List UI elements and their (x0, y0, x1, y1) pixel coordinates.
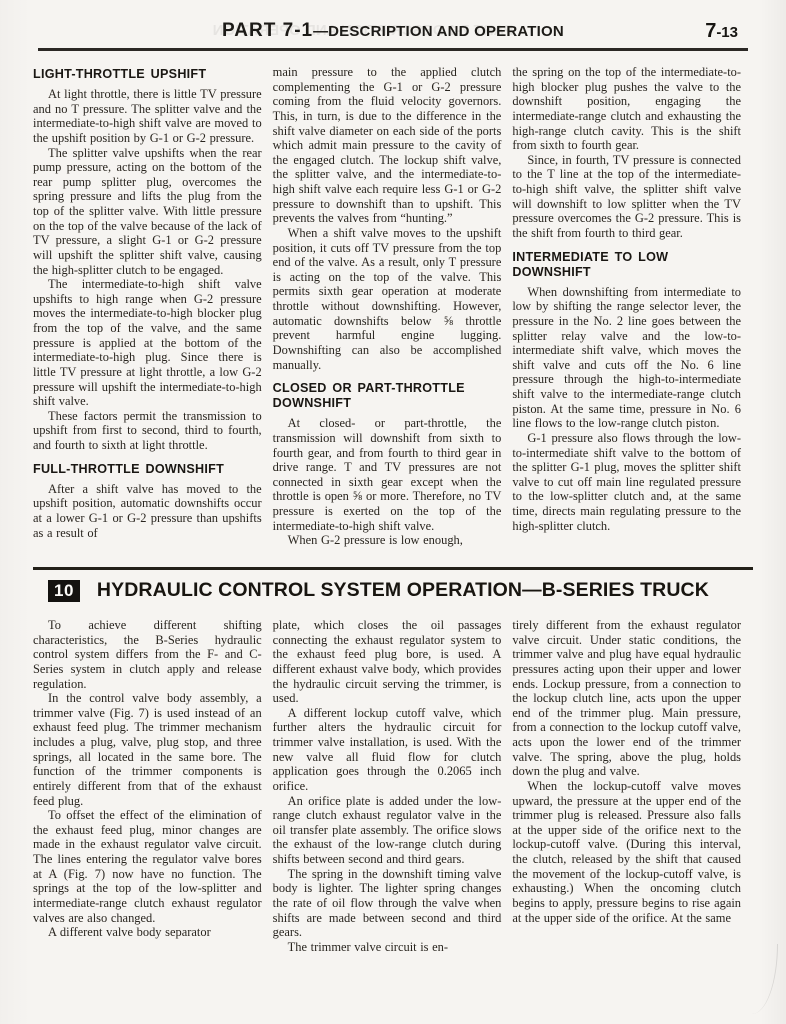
top-column-3: the spring on the top of the intermediat… (512, 65, 741, 567)
top-section: LIGHT-THROTTLE UPSHIFTAt light throttle,… (0, 51, 786, 567)
section-banner: 10 HYDRAULIC CONTROL SYSTEM OPERATION—B-… (0, 570, 786, 604)
paragraph: The spring in the downshift timing valve… (273, 867, 502, 940)
paragraph: To offset the effect of the elimination … (33, 808, 262, 925)
chapter-title: DESCRIPTION AND OPERATION (328, 23, 564, 40)
manual-page: PART 7-1 DESCRIPTION AND OPERATION PART … (0, 0, 786, 1024)
paragraph: The intermediate-to-high shift valve ups… (33, 277, 262, 409)
section-number-badge: 10 (48, 580, 80, 602)
column-section-heading: LIGHT-THROTTLE UPSHIFT (33, 67, 262, 82)
bottom-section: To achieve different shifting characteri… (0, 604, 786, 980)
paragraph: In the control valve body assembly, a tr… (33, 691, 262, 808)
column-section-heading: FULL-THROTTLE DOWNSHIFT (33, 462, 262, 477)
page-header: PART 7-1 DESCRIPTION AND OPERATION PART … (0, 0, 786, 48)
header-dash: — (313, 23, 328, 40)
paragraph: When G-2 pressure is low enough, (273, 533, 502, 548)
paragraph: A different valve body separator (33, 925, 262, 940)
paragraph: A different lockup cutoff valve, which f… (273, 706, 502, 794)
paragraph: tirely different from the exhaust regula… (512, 618, 741, 779)
paragraph: plate, which closes the oil passages con… (273, 618, 502, 706)
paragraph: When a shift valve moves to the upshift … (273, 226, 502, 372)
paragraph: At light throttle, there is little TV pr… (33, 87, 262, 146)
column-section-heading: CLOSED OR PART-THROTTLE DOWNSHIFT (273, 381, 502, 411)
top-column-2: main pressure to the applied clutch comp… (273, 65, 502, 567)
paragraph: When downshifting from intermediate to l… (512, 285, 741, 431)
bottom-column-1: To achieve different shifting characteri… (33, 618, 262, 980)
paragraph: Since, in fourth, TV pressure is connect… (512, 153, 741, 241)
paragraph: the spring on the top of the intermediat… (512, 65, 741, 153)
paragraph: main pressure to the applied clutch comp… (273, 65, 502, 226)
paragraph: After a shift valve has moved to the ups… (33, 482, 262, 541)
paragraph: To achieve different shifting characteri… (33, 618, 262, 691)
page-number-major: 7 (705, 20, 716, 42)
column-section-heading: INTERMEDIATE TO LOW DOWNSHIFT (512, 250, 741, 280)
paragraph: When the lockup-cutoff valve moves upwar… (512, 779, 741, 925)
page-number: 7-13 (705, 20, 738, 43)
paragraph: The trimmer valve circuit is en- (273, 940, 502, 955)
part-label: PART 7-1 (222, 20, 313, 41)
bottom-column-2: plate, which closes the oil passages con… (273, 618, 502, 980)
paragraph: These factors permit the transmission to… (33, 409, 262, 453)
paragraph: G-1 pressure also flows through the low-… (512, 431, 741, 533)
page-number-minor: -13 (716, 24, 738, 41)
top-column-1: LIGHT-THROTTLE UPSHIFTAt light throttle,… (33, 65, 262, 567)
section-title: HYDRAULIC CONTROL SYSTEM OPERATION—B-SER… (97, 579, 709, 602)
paragraph: At closed- or part-throttle, the transmi… (273, 416, 502, 533)
header-title: PART 7-1—DESCRIPTION AND OPERATION (0, 20, 786, 42)
bottom-column-3: tirely different from the exhaust regula… (512, 618, 741, 980)
paragraph: An orifice plate is added under the low-… (273, 794, 502, 867)
paragraph: The splitter valve upshifts when the rea… (33, 146, 262, 278)
